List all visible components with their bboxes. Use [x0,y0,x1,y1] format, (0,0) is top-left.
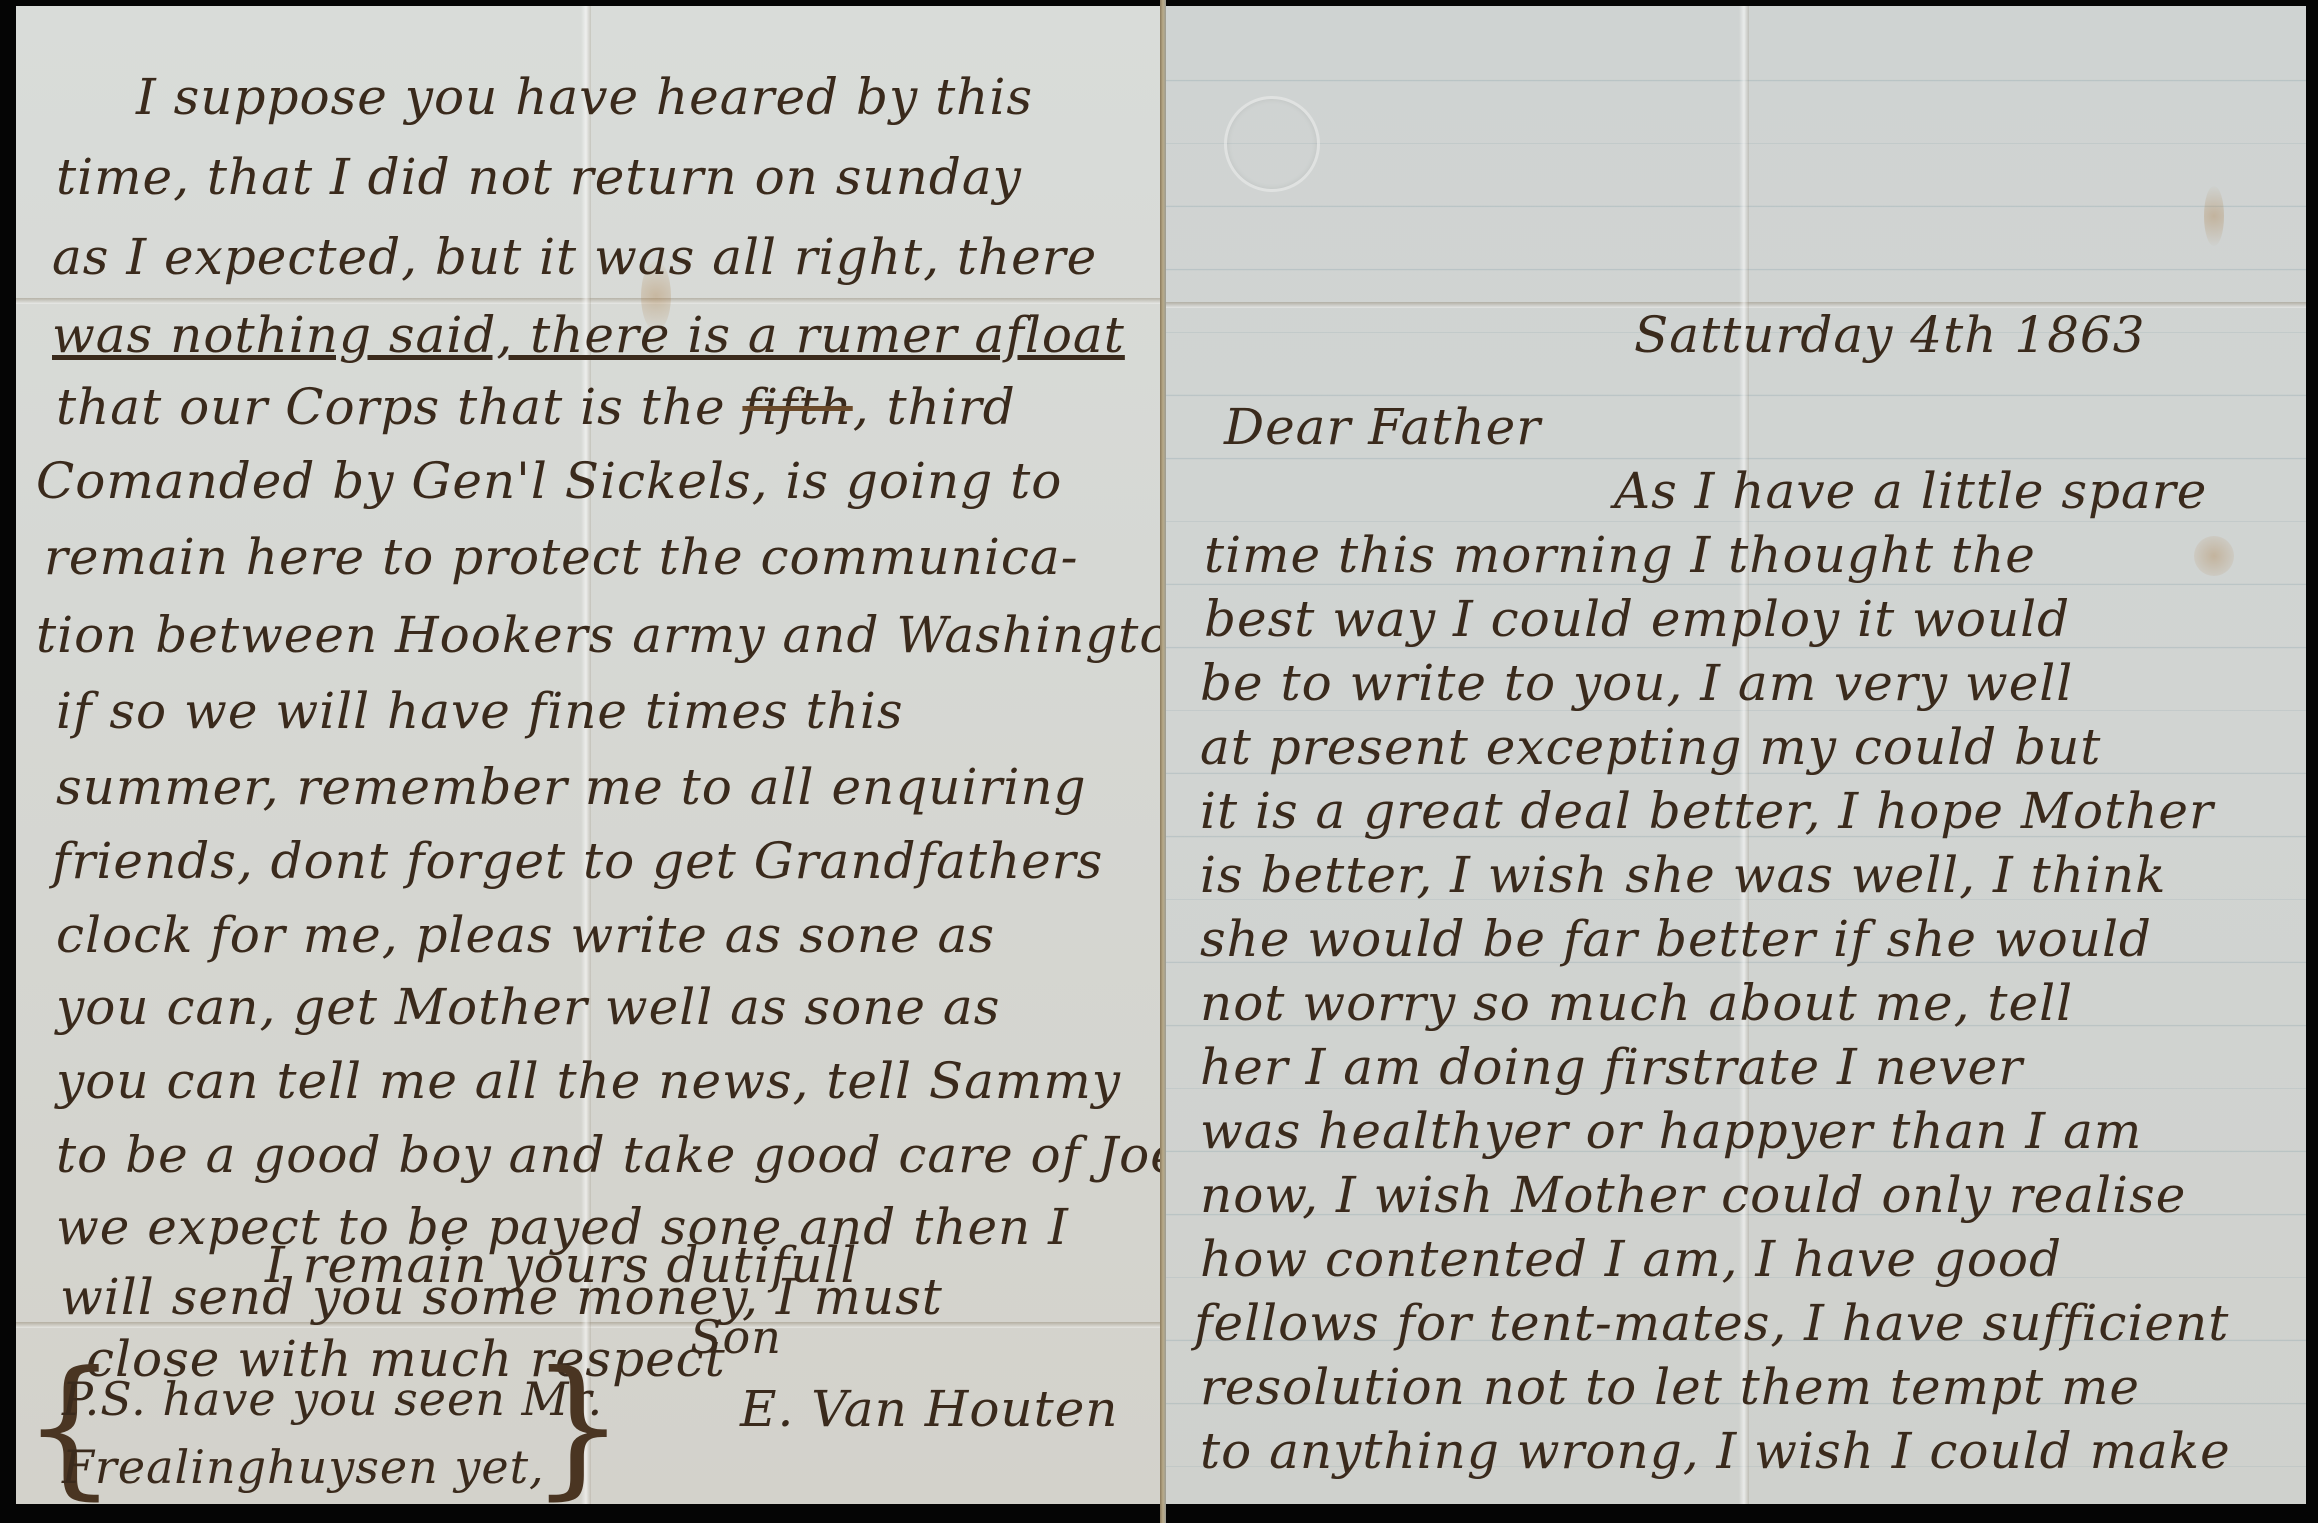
letter-line: tion between Hookers army and Washington… [36,606,1164,664]
letter-line: time, that I did not return on sunday [56,148,1022,206]
center-seam [1160,0,1166,1523]
letter-line: you can tell me all the news, tell Sammy [56,1052,1121,1110]
letter-line: you can, get Mother well as sone as [56,978,1000,1036]
letter-line: clock for me, pleas write as sone as [56,906,995,964]
struck-word: fifth [742,378,852,436]
letter-line: was nothing said, there is a rumer afloa… [52,306,1125,364]
postscript-line: Frealinghuysen yet, [62,1440,545,1494]
letter-line: if so we will have fine times this [56,682,904,740]
letter-line: now, I wish Mother could only realise [1200,1166,2186,1224]
letter-line: I suppose you have heared by this [136,68,1033,126]
letter-line: friends, dont forget to get Grandfathers [52,832,1103,890]
letter-line: resolution not to let them tempt me [1200,1358,2140,1416]
letter-line: was healthyer or happyer than I am [1200,1102,2142,1160]
letter-line: her I am doing firstrate I never [1200,1038,2023,1096]
closing-line: I remain yours dutifull [265,1236,857,1294]
letter-line: summer, remember me to all enquiring [56,758,1087,816]
salutation: Dear Father [1224,398,1541,456]
correction-word: third [887,378,1016,436]
embossed-stamp [1224,96,1320,192]
stain [2204,186,2224,246]
scanned-letter: I suppose you have heared by this time, … [0,0,2318,1523]
right-page: Satturday 4th 1863 Dear Father As I have… [1164,6,2306,1504]
letter-line: as I expected, but it was all right, the… [52,228,1097,286]
postscript-line: P.S. have you seen Mr. [62,1372,603,1426]
date-line: Satturday 4th 1863 [1634,306,2146,364]
letter-line: be to write to you, I am very well [1200,654,2073,712]
letter-line: to be a good boy and take good care of J… [56,1126,1164,1184]
letter-line: how contented I am, I have good [1200,1230,2062,1288]
signature: E. Van Houten [740,1380,1119,1438]
letter-line: time this morning I thought the [1204,526,2036,584]
letter-line: As I have a little spare [1614,462,2207,520]
letter-line: that our Corps that is the fifth, third [56,378,1016,436]
letter-line: she would be far better if she would [1200,910,2152,968]
ps-right-brace: } [530,1352,625,1502]
letter-line: is better, I wish she was well, I think [1200,846,2166,904]
stain [2194,536,2234,576]
letter-line: at present excepting my could but [1200,718,2101,776]
letter-line: best way I could employ it would [1204,590,2070,648]
closing-son: Son [690,1310,782,1364]
letter-line: to anything wrong, I wish I could make [1200,1422,2231,1480]
letter-line: remain here to protect the communica- [44,528,1079,586]
letter-line: Comanded by Gen'l Sickels, is going to [36,452,1062,510]
letter-line: it is a great deal better, I hope Mother [1200,782,2214,840]
letter-line: not worry so much about me, tell [1200,974,2073,1032]
letter-line: fellows for tent-mates, I have sufficien… [1194,1294,2229,1352]
